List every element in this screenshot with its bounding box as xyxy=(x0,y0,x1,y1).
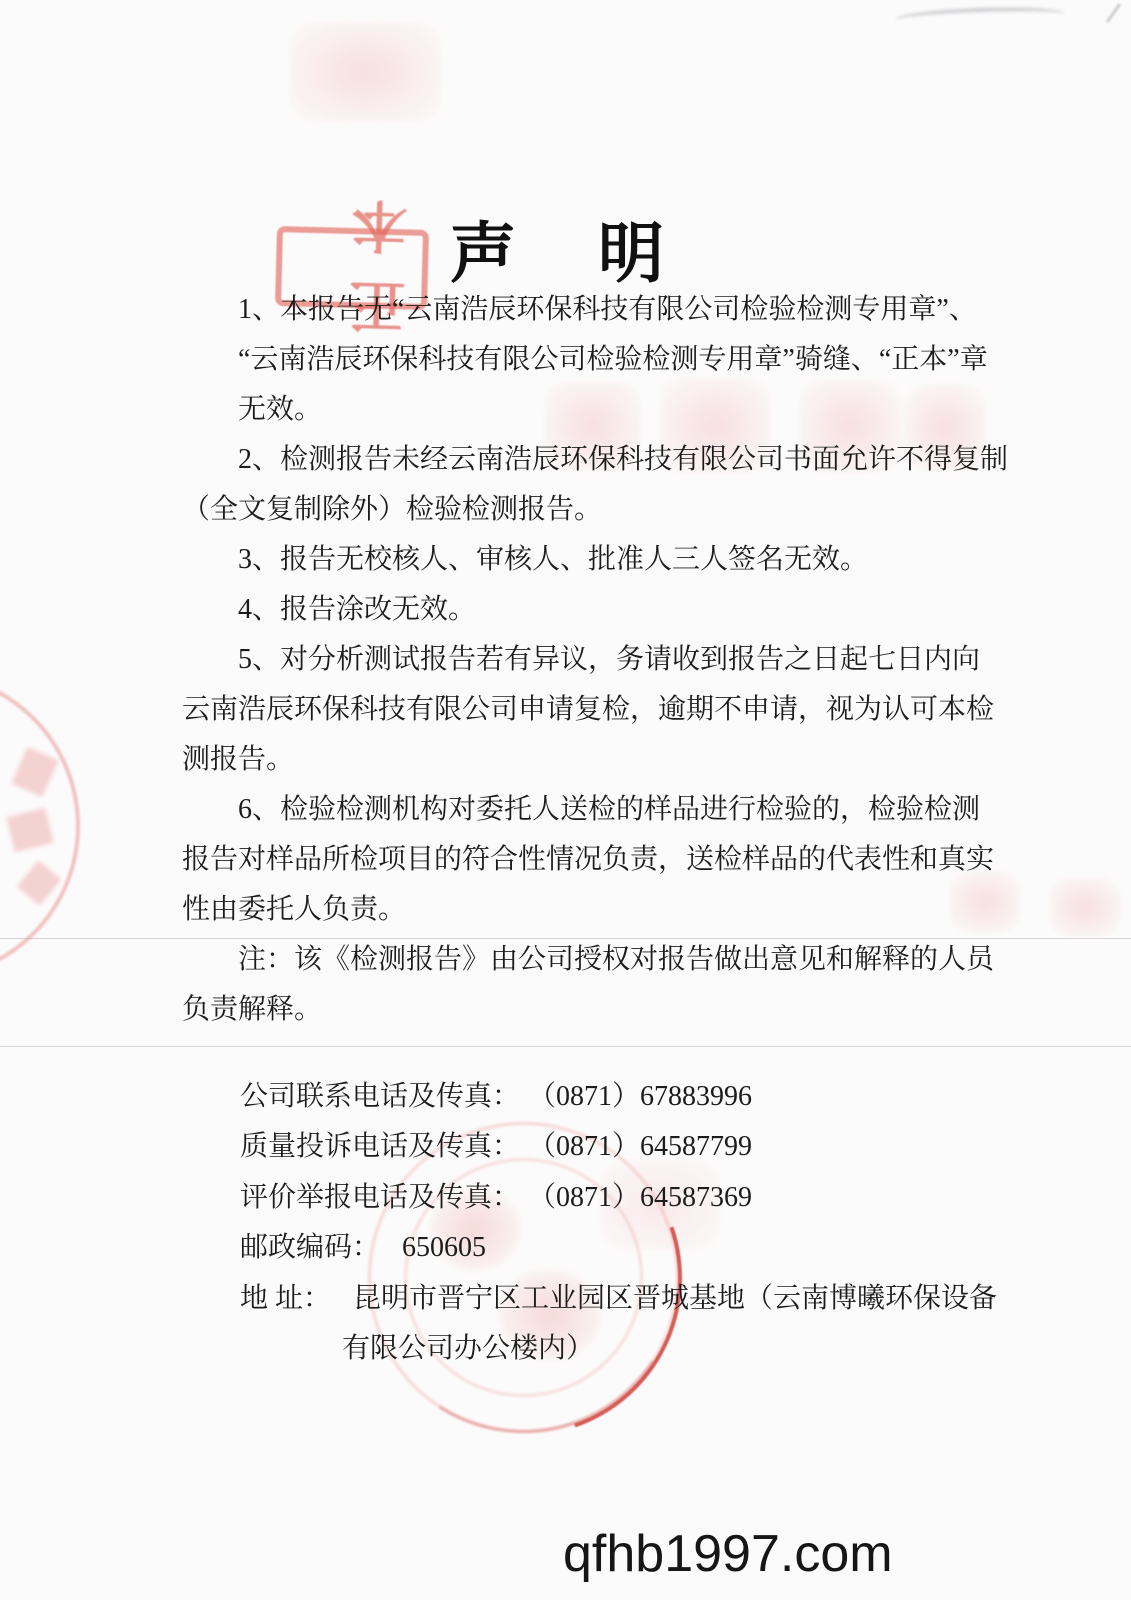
contact-label: 地 址： xyxy=(240,1283,331,1314)
site-watermark: qfhb1997.com xyxy=(563,1524,893,1584)
contact-label: 评价举报电话及传真： xyxy=(240,1182,520,1213)
scan-artifact-mark xyxy=(895,5,1066,29)
contact-value: （0871）67883996 xyxy=(542,1081,752,1112)
statement-line: 5、对分析测试报告若有异议，务请收到报告之日起七日内向 xyxy=(182,635,982,685)
statement-line: 负责解释。 xyxy=(182,985,982,1035)
contact-row-report-hotline: 评价举报电话及传真：（0871）64587369 xyxy=(240,1173,1000,1223)
contact-row-quality-complaint: 质量投诉电话及传真：（0871）64587799 xyxy=(240,1122,1000,1172)
contact-value: （0871）64587369 xyxy=(542,1182,752,1213)
statement-line: 2、检测报告未经云南浩辰环保科技有限公司书面允许不得复制 xyxy=(182,435,982,485)
contact-value: 650605 xyxy=(402,1232,486,1263)
ink-bleedthrough-smudge xyxy=(1050,878,1120,936)
ink-bleedthrough-smudge xyxy=(290,22,440,122)
contact-label: 邮政编码： xyxy=(240,1232,380,1263)
statement-line: 报告对样品所检项目的符合性情况负责，送检样品的代表性和真实 xyxy=(182,835,982,885)
scan-artifact-mark xyxy=(1106,3,1121,23)
statement-line: （全文复制除外）检验检测报告。 xyxy=(182,485,982,535)
statement-line: 测报告。 xyxy=(182,735,982,785)
contact-value: （0871）64587799 xyxy=(542,1131,752,1162)
statement-line: 3、报告无校核人、审核人、批准人三人签名无效。 xyxy=(182,535,982,585)
contact-label: 公司联系电话及传真： xyxy=(240,1081,520,1112)
statement-line: “云南浩辰环保科技有限公司检验检测专用章”骑缝、“正本”章 xyxy=(182,335,982,385)
contact-value: 昆明市晋宁区工业园区晋城基地（云南博曦环保设备 xyxy=(353,1283,997,1314)
contact-row-phone: 公司联系电话及传真：（0871）67883996 xyxy=(240,1072,1000,1122)
contact-row-address: 地 址：昆明市晋宁区工业园区晋城基地（云南博曦环保设备 xyxy=(240,1274,1000,1324)
scan-artifact-line xyxy=(0,1046,1131,1047)
statement-line: 云南浩辰环保科技有限公司申请复检，逾期不申请，视为认可本检 xyxy=(182,685,982,735)
contact-row-postal-code: 邮政编码：650605 xyxy=(240,1223,1000,1273)
contact-label: 质量投诉电话及传真： xyxy=(240,1131,520,1162)
page-title: 声 明 xyxy=(450,200,672,295)
contact-info-block: 公司联系电话及传真：（0871）67883996 质量投诉电话及传真：（0871… xyxy=(240,1072,1000,1374)
statement-line: 注：该《检测报告》由公司授权对报告做出意见和解释的人员 xyxy=(182,935,982,985)
statement-line: 6、检验检测机构对委托人送检的样品进行检验的，检验检测 xyxy=(182,785,982,835)
statement-line: 4、报告涂改无效。 xyxy=(182,585,982,635)
contact-row-address-continuation: 有限公司办公楼内） xyxy=(240,1324,1000,1374)
statement-line: 无效。 xyxy=(182,385,982,435)
scanned-statement-page: 正本 声 明 1、本报告无“云南浩辰环保科技有限公司检验检测专用章”、 “云南浩… xyxy=(0,0,1131,1600)
contact-value: 有限公司办公楼内） xyxy=(342,1333,594,1364)
statement-line: 性由委托人负责。 xyxy=(182,885,982,935)
statement-body: 1、本报告无“云南浩辰环保科技有限公司检验检测专用章”、 “云南浩辰环保科技有限… xyxy=(182,285,982,1035)
